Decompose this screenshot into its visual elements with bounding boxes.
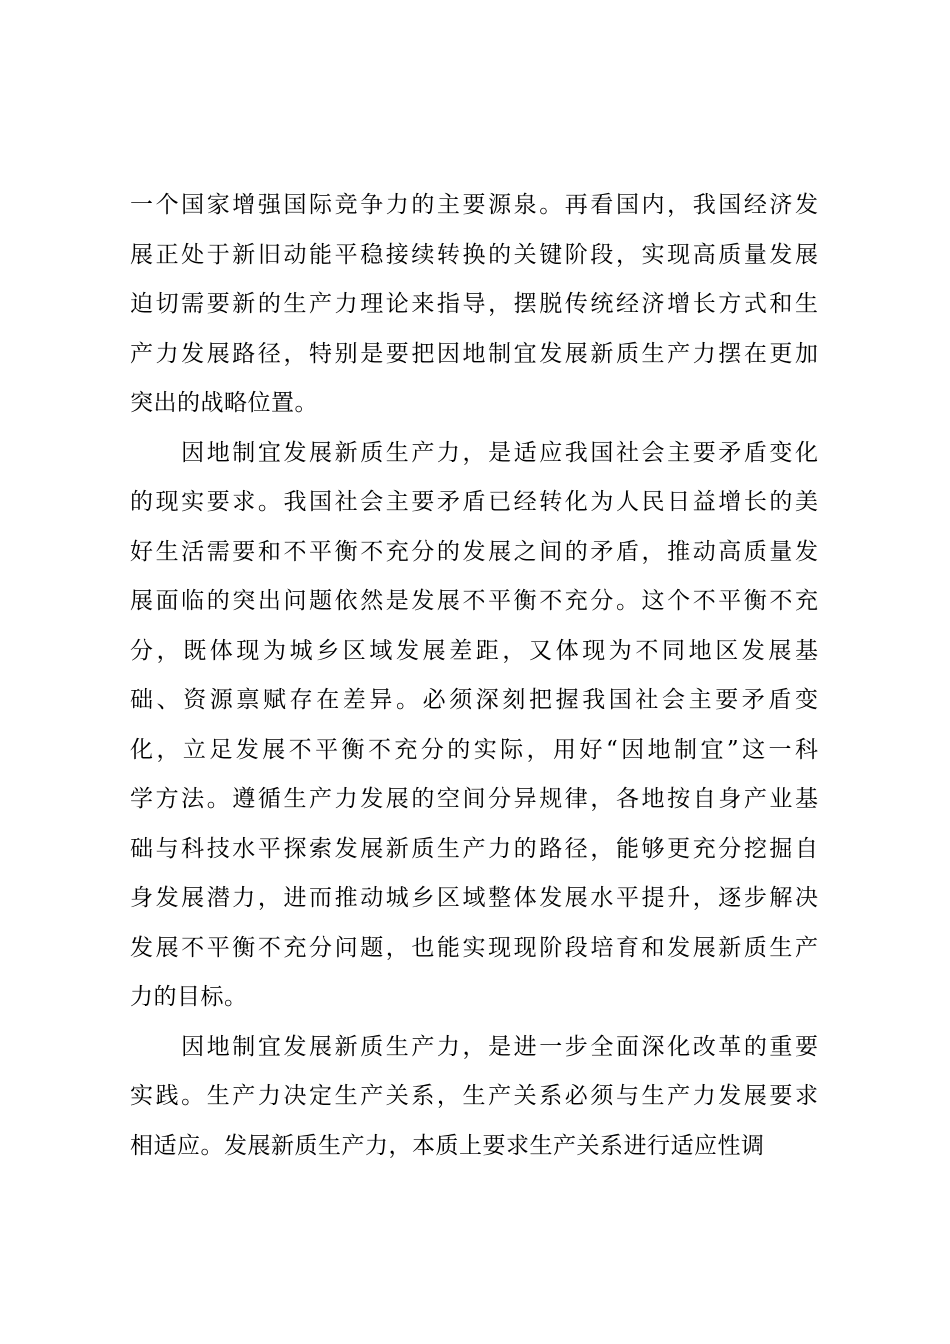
text-line: 身发展潜力，进而推动城乡区域整体发展水平提升，逐步解决 (130, 874, 818, 924)
text-line: 好生活需要和不平衡不充分的发展之间的矛盾，推动高质量发 (130, 528, 818, 578)
text-line: 迫切需要新的生产力理论来指导，摆脱传统经济增长方式和生 (130, 280, 818, 330)
text-line: 础、资源禀赋存在差异。必须深刻把握我国社会主要矛盾变 (130, 676, 818, 726)
text-line: 因地制宜发展新质生产力，是适应我国社会主要矛盾变化 (130, 429, 818, 479)
paragraph: 因地制宜发展新质生产力，是进一步全面深化改革的重要实践。生产力决定生产关系，生产… (130, 1023, 818, 1172)
text-line: 一个国家增强国际竞争力的主要源泉。再看国内，我国经济发 (130, 181, 818, 231)
document-page: 一个国家增强国际竞争力的主要源泉。再看国内，我国经济发展正处于新旧动能平稳接续转… (0, 0, 950, 1344)
text-line: 展面临的突出问题依然是发展不平衡不充分。这个不平衡不充 (130, 577, 818, 627)
text-line: 产力发展路径，特别是要把因地制宜发展新质生产力摆在更加 (130, 330, 818, 380)
text-line: 力的目标。 (130, 973, 818, 1023)
text-line: 实践。生产力决定生产关系，生产关系必须与生产力发展要求 (130, 1072, 818, 1122)
text-block: 一个国家增强国际竞争力的主要源泉。再看国内，我国经济发展正处于新旧动能平稳接续转… (130, 181, 818, 1171)
paragraph: 一个国家增强国际竞争力的主要源泉。再看国内，我国经济发展正处于新旧动能平稳接续转… (130, 181, 818, 429)
text-line: 因地制宜发展新质生产力，是进一步全面深化改革的重要 (130, 1023, 818, 1073)
text-line: 的现实要求。我国社会主要矛盾已经转化为人民日益增长的美 (130, 478, 818, 528)
text-line: 化，立足发展不平衡不充分的实际，用好“因地制宜”这一科 (130, 726, 818, 776)
text-line: 学方法。遵循生产力发展的空间分异规律，各地按自身产业基 (130, 775, 818, 825)
text-line: 展正处于新旧动能平稳接续转换的关键阶段，实现高质量发展 (130, 231, 818, 281)
text-line: 分，既体现为城乡区域发展差距，又体现为不同地区发展基 (130, 627, 818, 677)
paragraph: 因地制宜发展新质生产力，是适应我国社会主要矛盾变化的现实要求。我国社会主要矛盾已… (130, 429, 818, 1023)
text-line: 相适应。发展新质生产力，本质上要求生产关系进行适应性调 (130, 1122, 818, 1172)
text-line: 础与科技水平探索发展新质生产力的路径，能够更充分挖掘自 (130, 825, 818, 875)
text-line: 发展不平衡不充分问题，也能实现现阶段培育和发展新质生产 (130, 924, 818, 974)
text-line: 突出的战略位置。 (130, 379, 818, 429)
